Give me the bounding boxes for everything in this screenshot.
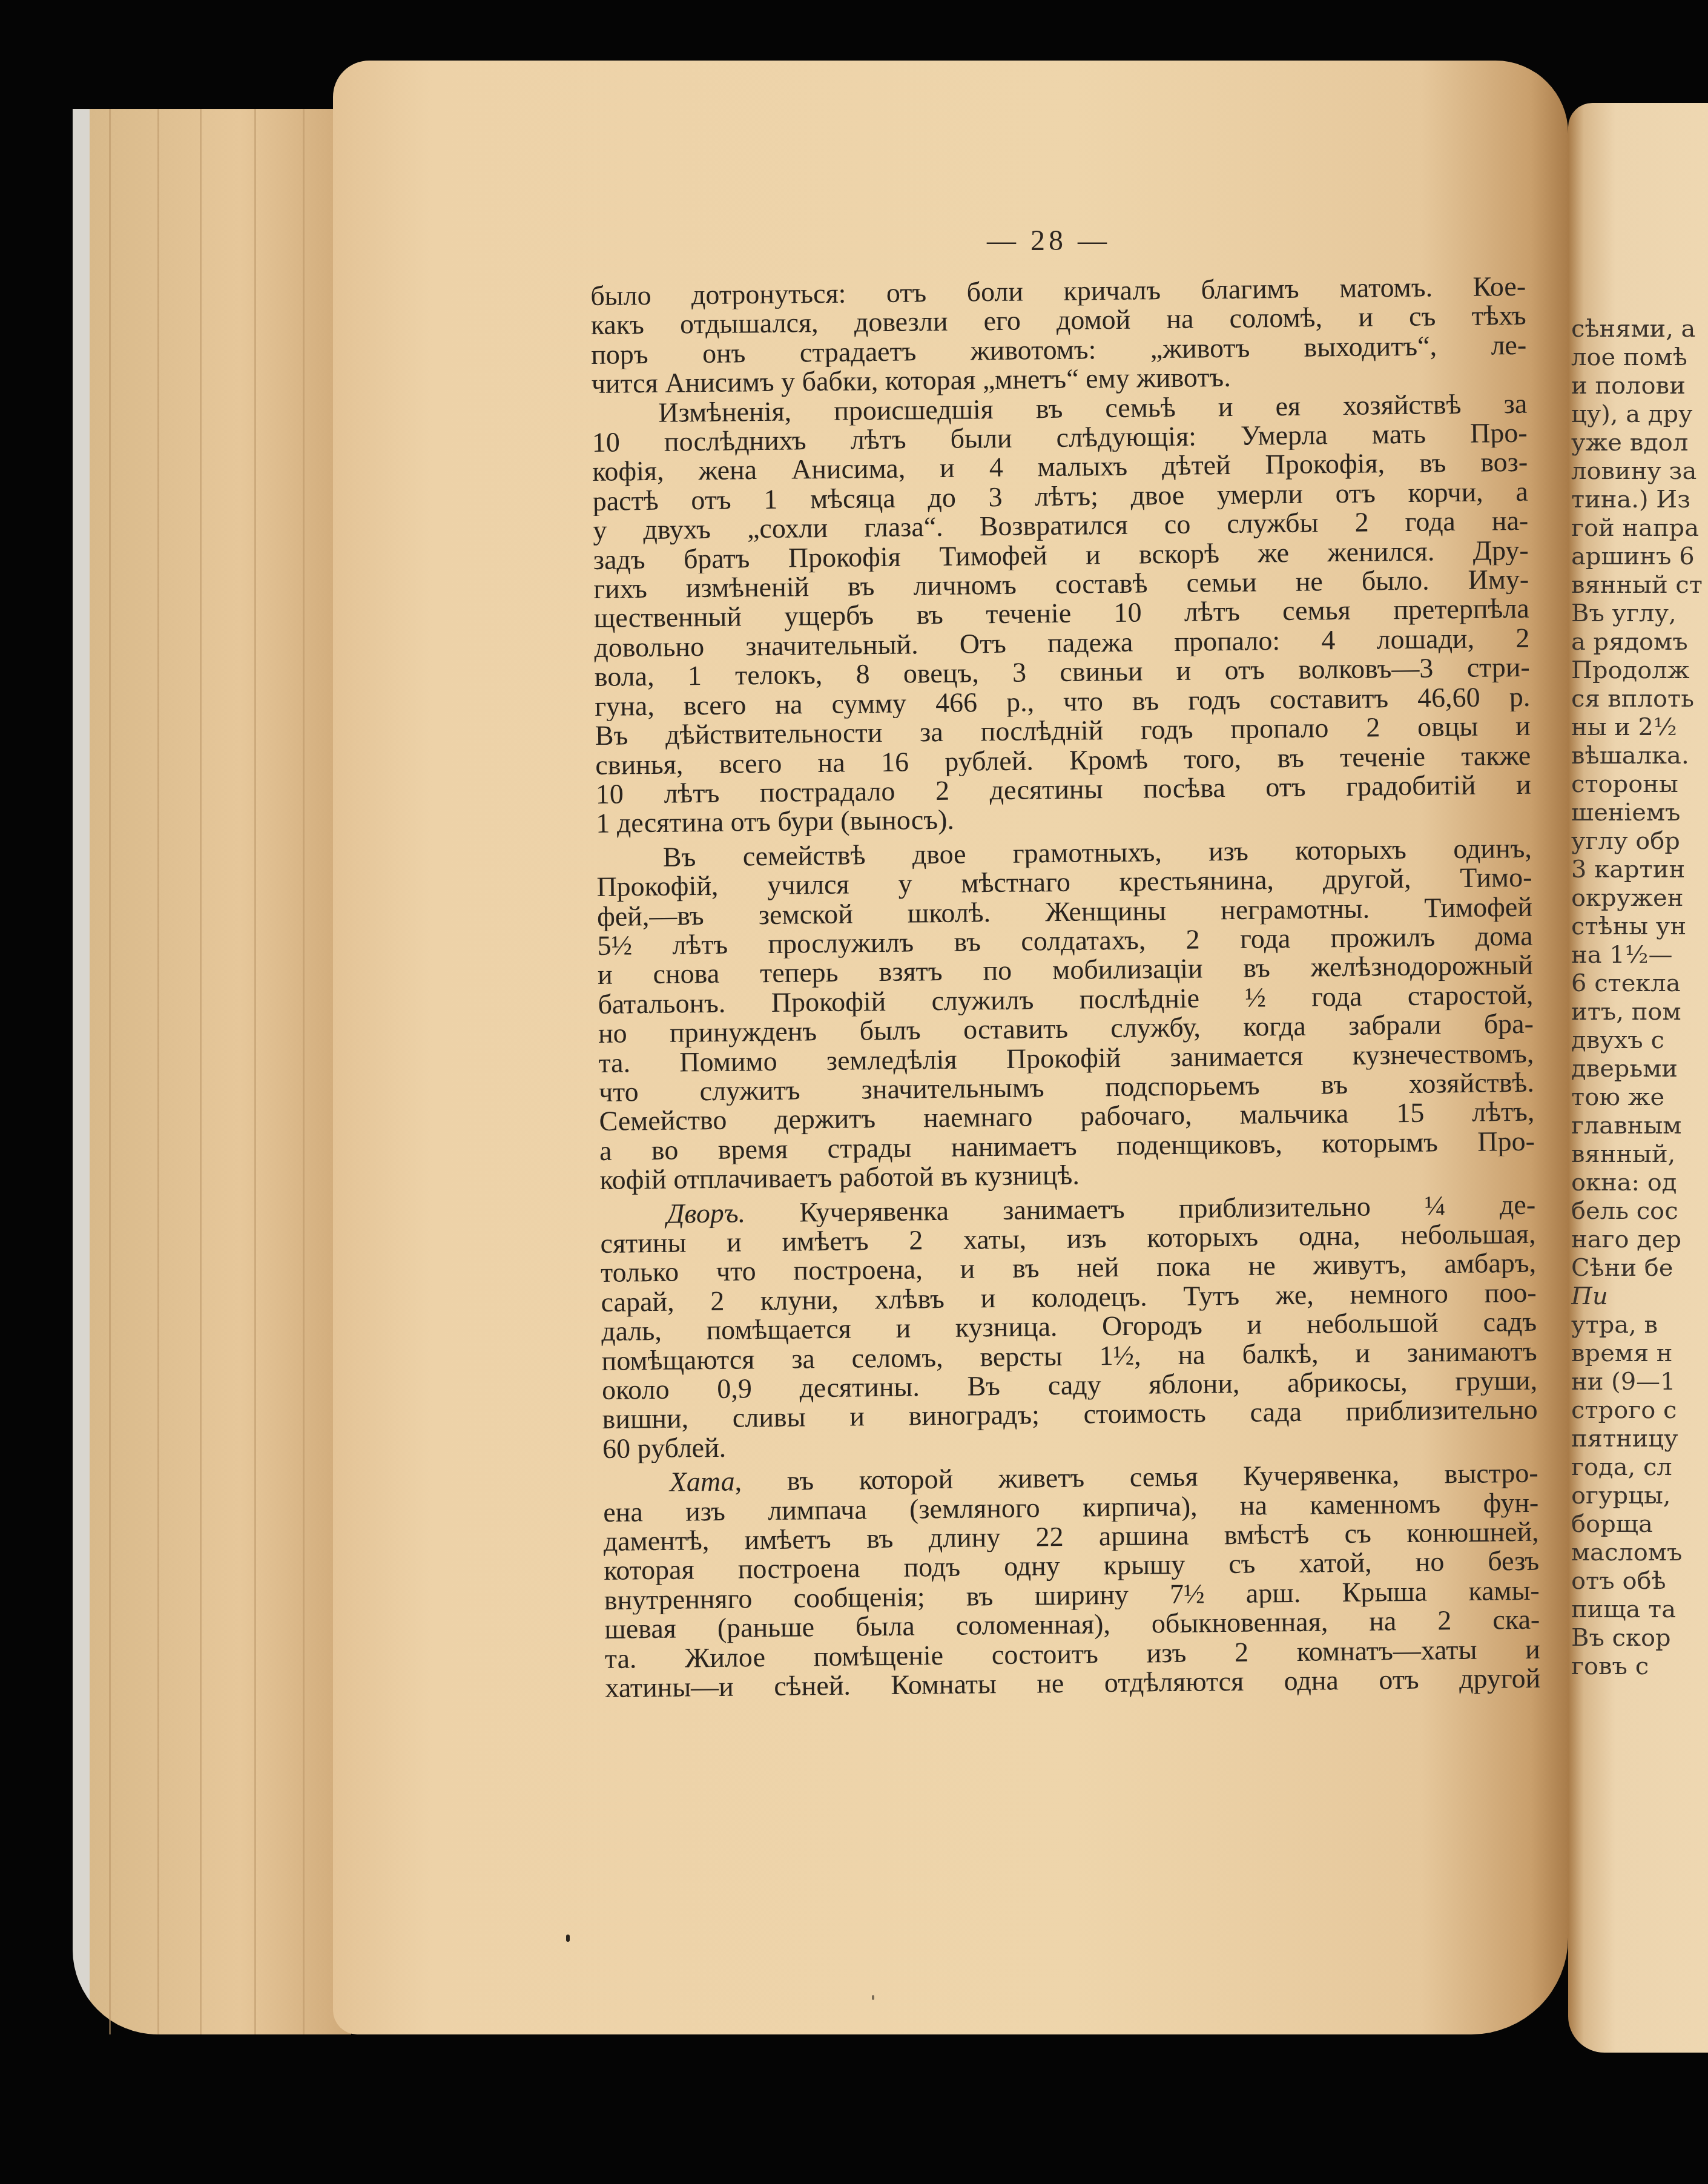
text-line: стороны — [1571, 770, 1708, 799]
text-line: года, сл — [1571, 1453, 1708, 1482]
text-line: бель сос — [1571, 1197, 1708, 1226]
text-line: строго с — [1571, 1396, 1708, 1425]
text-line: окружен — [1571, 884, 1708, 912]
text-line: шеніемъ — [1571, 799, 1708, 827]
text-line: сѣнями, а — [1571, 315, 1708, 343]
book-page-stack-edges — [73, 109, 351, 2034]
text-line: вянный, — [1571, 1140, 1708, 1169]
text-line: а рядомъ — [1571, 628, 1708, 656]
page-edge — [109, 109, 111, 2034]
text-line: вянный ст — [1571, 571, 1708, 599]
text-line: наго дер — [1571, 1226, 1708, 1254]
text-line: пища та — [1571, 1595, 1708, 1624]
text-line: отъ обѣ — [1571, 1567, 1708, 1595]
text-line: и полови — [1571, 372, 1708, 400]
text-line: Въ скор — [1571, 1624, 1708, 1652]
page-edge — [254, 109, 256, 2034]
text-line: Въ углу, — [1571, 599, 1708, 628]
text-line: двухъ с — [1571, 1026, 1708, 1055]
text-line: стѣны ун — [1571, 912, 1708, 941]
text-line: лое помѣ — [1571, 343, 1708, 372]
text-line: огурцы, — [1571, 1482, 1708, 1510]
text-line: углу обр — [1571, 827, 1708, 856]
section-heading-italic: Хата — [670, 1466, 735, 1497]
text-line: ся вплоть — [1571, 685, 1708, 713]
text-line: пятницу — [1571, 1425, 1708, 1453]
text-line: уже вдол — [1571, 429, 1708, 457]
text-line: на 1½— — [1571, 941, 1708, 969]
text-line: масломъ — [1571, 1539, 1708, 1567]
text-line: дверьми — [1571, 1055, 1708, 1083]
text-line: аршинъ 6 — [1571, 543, 1708, 571]
text-line: вѣшалка. — [1571, 742, 1708, 770]
ink-speck — [566, 1935, 570, 1942]
text-line: ны и 2½ — [1571, 713, 1708, 742]
text-line: борща — [1571, 1510, 1708, 1539]
text-line: итъ, пом — [1571, 998, 1708, 1026]
text-line: время н — [1571, 1339, 1708, 1368]
page-number: — 28 — — [987, 224, 1110, 257]
text-line: говъ с — [1571, 1652, 1708, 1681]
text-line: гой напра — [1571, 514, 1708, 543]
right-page-text-fragment: сѣнями, а лое помѣ и полови цу), а дру у… — [1571, 315, 1708, 1681]
ink-speck — [872, 1995, 874, 2000]
text-line: цу), а дру — [1571, 400, 1708, 429]
text-line: Пи — [1571, 1282, 1708, 1311]
text-line: окна: од — [1571, 1169, 1708, 1197]
section-heading-italic: Дворъ. — [667, 1197, 746, 1229]
text-line: Продолж — [1571, 656, 1708, 685]
text-line: утра, в — [1571, 1311, 1708, 1339]
page-edge — [303, 109, 305, 2034]
page-edge — [200, 109, 202, 2034]
left-page-text: было дотронуться: отъ боли кричалъ благи… — [590, 272, 1540, 1703]
text-line: главным — [1571, 1112, 1708, 1140]
text-line: тина.) Из — [1571, 486, 1708, 514]
text-line: 6 стекла — [1571, 969, 1708, 998]
text-line: ни (9—1 — [1571, 1368, 1708, 1396]
text-line: 3 картин — [1571, 856, 1708, 884]
page-edge — [157, 109, 159, 2034]
text-line: ловину за — [1571, 457, 1708, 486]
text-line: тою же — [1571, 1083, 1708, 1112]
text-line: Сѣни бе — [1571, 1254, 1708, 1282]
